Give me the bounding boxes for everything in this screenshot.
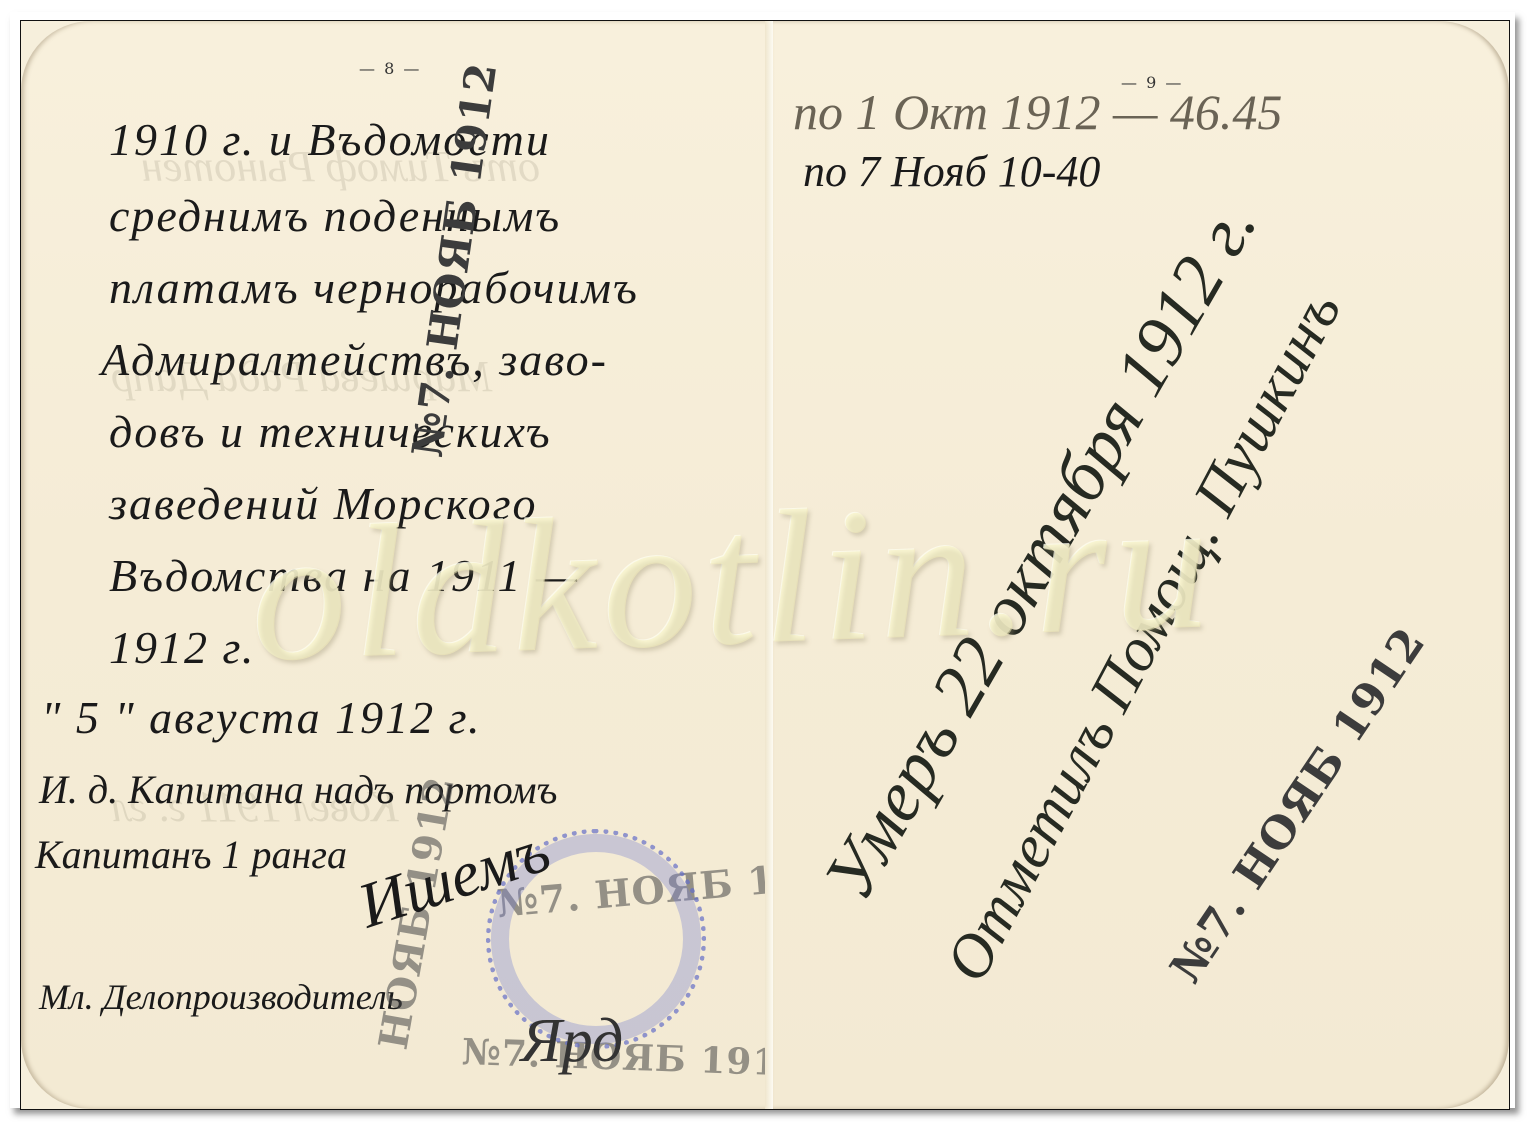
document-scan: отъ Тимоф Рынотен Маршева Рада Дапр Кове…: [20, 20, 1510, 1110]
handwritten-line: Адмиралтействъ, заво-: [101, 333, 608, 386]
signature-title: И. д. Капитана надъ портомъ: [39, 766, 557, 813]
clerk-signature: Ярд: [521, 1006, 623, 1077]
handwritten-line: 1912 г.: [109, 621, 255, 674]
date-stamp: №7. НОЯБ 1912: [1161, 618, 1436, 992]
handwritten-line: довъ и техническихъ: [109, 405, 552, 458]
signature-rank: Капитанъ 1 ранга: [35, 831, 347, 878]
clerk-line: Мл. Делопроизводитель: [39, 976, 403, 1018]
handwritten-note: по 7 Нояб 10-40: [803, 146, 1100, 197]
handwritten-line: платамъ чернорабочимъ: [109, 261, 639, 314]
handwritten-note: по 1 Окт 1912 — 46.45: [793, 83, 1282, 141]
handwritten-line: среднимъ поденнымъ: [109, 189, 561, 242]
watermark: oldkotlin.ru: [247, 454, 1218, 706]
page-number: — 8 —: [359, 59, 421, 78]
